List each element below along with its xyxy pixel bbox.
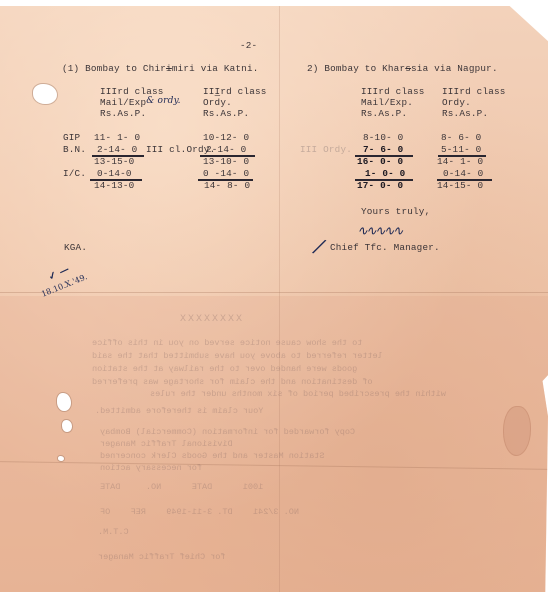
route1-col2-head3: Rs.As.P. — [203, 108, 249, 119]
route2-row-mail: 1- 0- 0 — [365, 168, 405, 179]
bleed-through-line: NO. 3/241 DT. 3-11-1949 REF OF — [100, 507, 299, 518]
route2-row-mail: 16- 0- 0 — [357, 156, 403, 167]
route1-row-ordy: 0 -14- 0 — [203, 168, 249, 179]
closing-salutation: Yours truly, — [361, 206, 430, 217]
route2-row-ordy: 0-14- 0 — [443, 168, 483, 179]
paper-hole — [58, 456, 64, 461]
route2-col2-head3: Rs.As.P. — [442, 108, 488, 119]
route2-col2-head1: IIIrd class — [442, 86, 506, 97]
route1-row-ordy: 14- 8- 0 — [204, 180, 250, 191]
route1-row-label: I/C. — [63, 168, 86, 179]
bleed-through-line: Copy forwarded for information (Commerci… — [100, 427, 355, 438]
route1-title: (1) Bombay to Chirimiri via Katni. — [62, 63, 259, 74]
route2-title: 2) Bombay to Kharssia via Nagpur. — [307, 63, 498, 74]
route2-row-mail: 17- 0- 0 — [357, 180, 403, 191]
route1-row-ordy: 10-12- 0 — [203, 132, 249, 143]
bleed-through-line: C.T.M. — [98, 527, 129, 538]
signatory-title: Chief Tfc. Manager. — [330, 242, 440, 253]
route2-row-ordy: 5-11- 0 — [441, 144, 481, 155]
bleed-through-line: Station Master and the Goods Clerk conce… — [100, 451, 324, 462]
paper-hole — [57, 393, 71, 411]
route1-row-mail: 11- 1- 0 — [94, 132, 140, 143]
route2-col1-head2: Mail/Exp. — [361, 97, 413, 108]
bleed-through-line: for Chief Traffic Manager — [98, 552, 226, 563]
route2-col1-head3: Rs.As.P. — [361, 108, 407, 119]
typist-initials: KGA. — [64, 242, 87, 253]
route2-faint-note: III Ordy. — [300, 144, 352, 155]
horizontal-fold-crease — [0, 292, 548, 293]
route1-col2-head2: Ordy. — [203, 97, 232, 108]
route1-row-note: III cl.Ordy. — [146, 144, 215, 155]
route1-col2-head1: III̲rd class — [203, 86, 267, 97]
route2-row-ordy: 14- 1- 0 — [437, 156, 483, 167]
handwritten-annotation: & ordy. — [146, 96, 181, 106]
bleed-through-heading: XXXXXXXX — [178, 314, 242, 325]
route1-row-label: B.N. — [63, 144, 86, 155]
bleed-through-line: to the show cause notice served on you i… — [92, 338, 362, 349]
route1-row-mail: 13-15-0 — [94, 156, 134, 167]
route2-col2-head2: Ordy. — [442, 97, 471, 108]
bleed-through-line: within the prescribed period of six mont… — [150, 389, 446, 400]
route1-row-mail: 2-14- 0 — [97, 144, 137, 155]
bleed-through-line: of destination and the claim for shortag… — [92, 377, 373, 388]
page-number: -2- — [240, 40, 257, 51]
route1-row-mail: 0-14-0 — [97, 168, 132, 179]
bleed-through-line: Divisional Traffic Manager — [100, 439, 233, 450]
bleed-through-line: goods were handed over to the railway at… — [92, 364, 357, 375]
route2-row-mail: 7- 6- 0 — [363, 144, 403, 155]
route2-row-ordy: 8- 6- 0 — [441, 132, 481, 143]
route2-row-ordy: 14-15- 0 — [437, 180, 483, 191]
route1-row-ordy: 13-10- 0 — [203, 156, 249, 167]
signature-flourish: / — [312, 234, 326, 259]
route1-row-mail: 14-13-0 — [94, 180, 134, 191]
route1-row-ordy: 2-14- 0 — [206, 144, 246, 155]
bleed-through-line: Your claim is therefore admitted. — [95, 406, 263, 417]
route1-row-label: GIP — [63, 132, 80, 143]
bleed-through-line: for necessary action — [100, 463, 202, 474]
bleed-through-line: letter referred to above you have submit… — [92, 351, 383, 362]
vertical-fold-crease — [279, 6, 280, 592]
bleed-through-line: 1001 DATE NO. DATE — [100, 482, 263, 493]
route2-col1-head1: IIIrd class — [361, 86, 425, 97]
paper-hole — [62, 420, 72, 432]
route2-row-mail: 8-10- 0 — [363, 132, 403, 143]
paper-hole — [33, 84, 57, 104]
document-page: XXXXXXXX to the show cause notice served… — [0, 6, 548, 592]
route1-col1-head3: Rs.As.P. — [100, 108, 146, 119]
signature: ∿∿∿∿∿ — [357, 224, 401, 239]
